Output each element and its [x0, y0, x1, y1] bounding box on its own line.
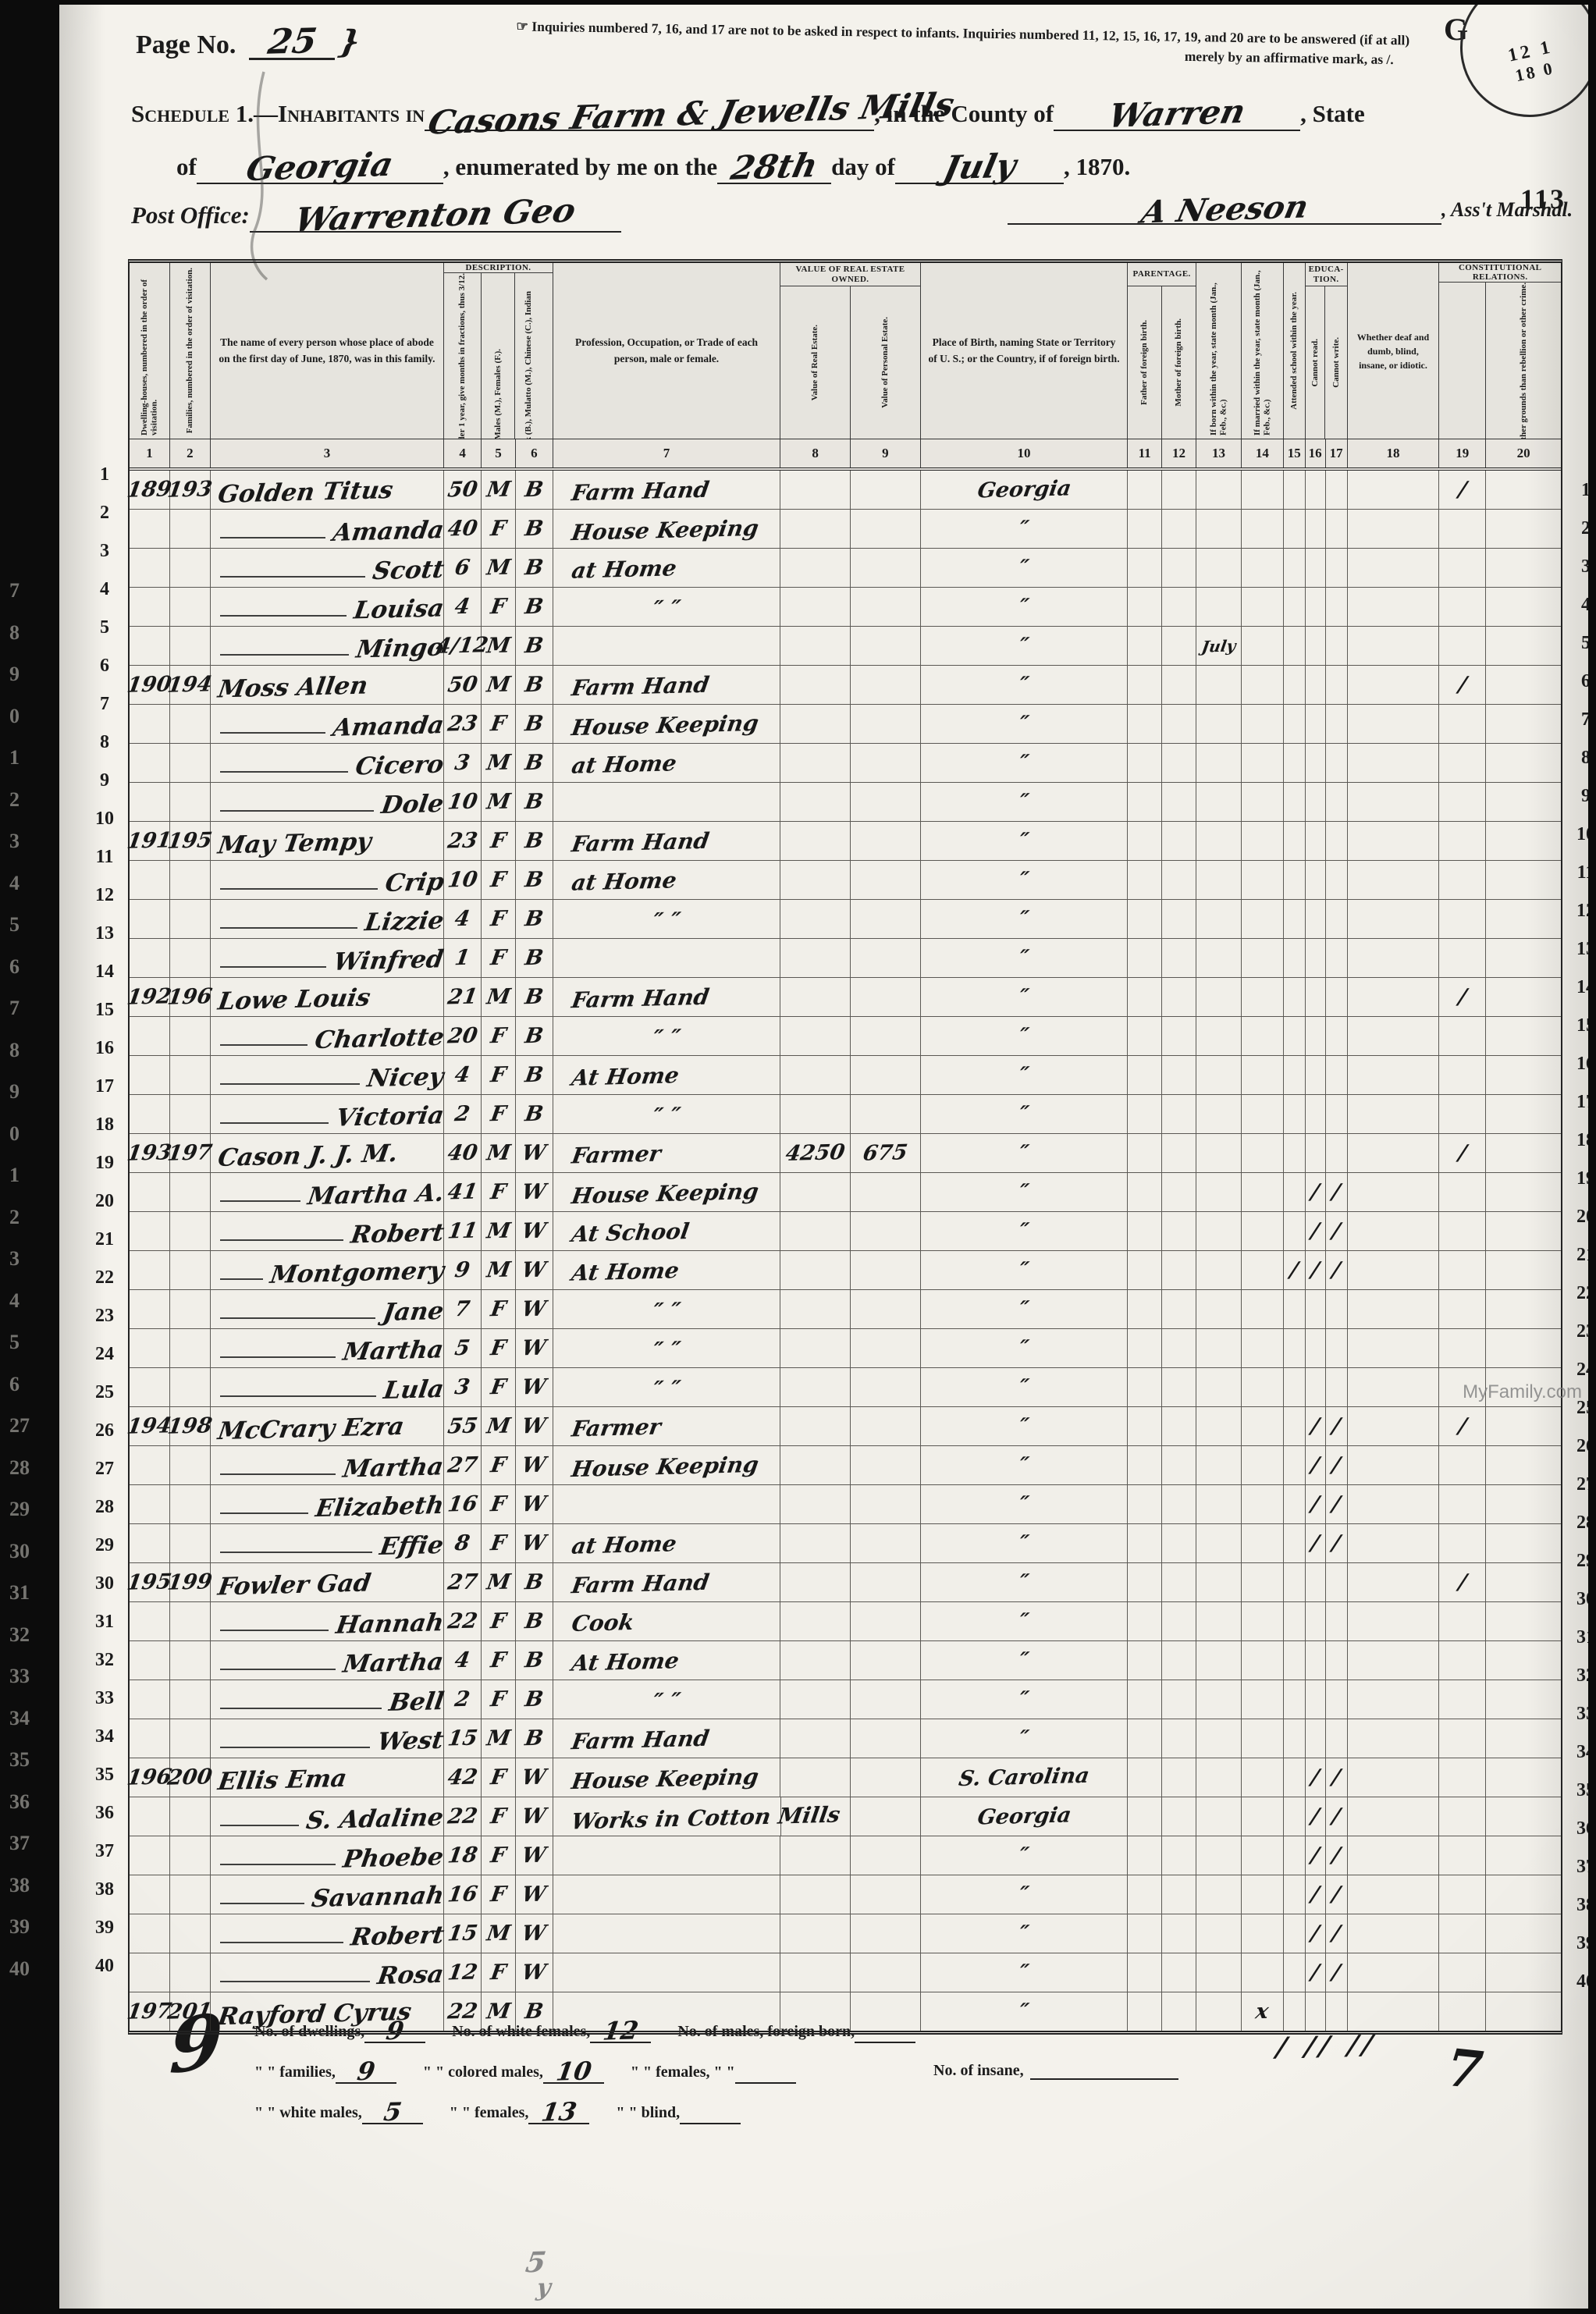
cell-age: 15 [444, 1914, 482, 1953]
cell-c18 [1348, 666, 1440, 704]
cell-c14 [1242, 1758, 1284, 1797]
cell-c19 [1439, 1836, 1486, 1875]
column-number-20: 20 [1486, 439, 1561, 467]
brace-mark: } [337, 23, 363, 61]
cell-c16 [1306, 861, 1326, 899]
cell-value-name: Winfred [332, 945, 446, 976]
column-header-text: Value of Personal Estate. [880, 317, 890, 408]
cell-value-age: 50 [446, 673, 479, 698]
cell-value-born: ″ [1018, 595, 1031, 619]
cell-c11 [1128, 1680, 1162, 1719]
cell-c18 [1348, 1641, 1440, 1680]
cell-c16 [1306, 666, 1326, 704]
cell-c19 [1439, 1485, 1486, 1523]
cell-c18 [1348, 705, 1440, 743]
film-ghost-number: 1 [9, 1164, 20, 1187]
cell-c18 [1348, 1290, 1440, 1328]
cell-pe [851, 471, 921, 509]
line-number-left: 11 [87, 845, 122, 883]
cell-dw [130, 1446, 170, 1484]
cell-value-color: B [524, 1609, 546, 1634]
cell-occ: at Home [553, 549, 780, 587]
cell-age: 4 [444, 1056, 482, 1094]
cell-fam [170, 900, 211, 938]
cell-name: Lizzie [211, 900, 444, 938]
cell-sex: F [482, 705, 516, 743]
cell-c14 [1242, 666, 1284, 704]
line-number-right: 12 [1569, 899, 1588, 937]
cell-value-occ: At Home [570, 1062, 681, 1091]
cell-dw: 189 [130, 471, 170, 509]
cell-c16 [1306, 1134, 1326, 1172]
cell-c13 [1196, 1641, 1242, 1680]
cell-c19 [1439, 1524, 1486, 1562]
table-row: 196200Ellis Ema42FWHouse KeepingS. Carol… [130, 1758, 1561, 1797]
table-row: 197201Rayford Cyrus22MB″x [130, 1992, 1561, 2031]
name-leader-line [220, 809, 374, 812]
cell-value-occ: At Home [570, 1648, 681, 1676]
cell-c19 [1439, 549, 1486, 587]
cell-dw [130, 1914, 170, 1953]
cell-value-born: ″ [1018, 790, 1031, 814]
cell-born: ″ [921, 1095, 1128, 1133]
column-number-15: 15 [1284, 439, 1306, 467]
cell-fam [170, 1446, 211, 1484]
cell-age: 3 [444, 744, 482, 782]
film-ghost-number: 40 [9, 1957, 30, 1981]
cell-color: B [516, 783, 553, 821]
cell-value-c16: / [1310, 1882, 1321, 1907]
line-number-right: 11 [1569, 861, 1588, 899]
cell-sex: F [482, 1875, 516, 1914]
table-header: Dwelling-houses, numbered in the order o… [130, 263, 1561, 439]
cell-c16: / [1306, 1953, 1326, 1992]
cell-born: ″ [921, 1914, 1128, 1953]
name-leader-line [220, 1902, 304, 1904]
cell-name: Moss Allen [211, 666, 444, 704]
cell-c12 [1162, 471, 1196, 509]
cell-c13 [1196, 1173, 1242, 1211]
film-ghost-number: 29 [9, 1498, 30, 1521]
cell-value-color: W [521, 1921, 548, 1946]
cell-value-occ: Farmer [570, 1141, 663, 1169]
cell-color: B [516, 900, 553, 938]
cell-sex: F [482, 1173, 516, 1211]
line-number-right: 18 [1569, 1129, 1588, 1167]
cell-value-sex: M [485, 1258, 512, 1283]
cell-c12 [1162, 1017, 1196, 1055]
cell-name: Lowe Louis [211, 978, 444, 1016]
insane-blank-line [1030, 2078, 1178, 2080]
cell-occ [553, 1992, 780, 2031]
name-leader-line [220, 731, 325, 734]
cell-c16: / [1306, 1485, 1326, 1523]
cell-c12 [1162, 1953, 1196, 1992]
line-number-right: 20 [1569, 1205, 1588, 1243]
column-number-6: 6 [516, 439, 553, 467]
cell-color: W [516, 1329, 553, 1367]
cell-c16: / [1306, 1173, 1326, 1211]
cell-c12 [1162, 1719, 1196, 1758]
cell-occ: ″ ″ [553, 1368, 780, 1406]
cell-re [780, 1329, 851, 1367]
cell-c19 [1439, 1251, 1486, 1289]
cell-occ: ″ ″ [553, 588, 780, 626]
column-number-10: 10 [921, 439, 1128, 467]
table-row: Crip10FBat Home″ [130, 861, 1561, 900]
cell-value-born: ″ [1018, 1492, 1031, 1516]
cell-dw [130, 627, 170, 665]
cell-c20 [1486, 1641, 1561, 1680]
line-number-right: 2 [1569, 517, 1588, 555]
cell-sex: M [482, 627, 516, 665]
cell-name: Scott [211, 549, 444, 587]
cell-c15 [1284, 822, 1306, 860]
cell-pe [851, 783, 921, 821]
column-header-20: Male Citizens of U. S. of 21 years of ag… [1486, 283, 1561, 439]
cell-c13 [1196, 822, 1242, 860]
cell-name: Phoebe [211, 1836, 444, 1875]
year-label: , 1870. [1064, 153, 1130, 184]
cell-pe [851, 1914, 921, 1953]
cell-c11 [1128, 1836, 1162, 1875]
cell-c18 [1348, 1017, 1440, 1055]
cell-sex: F [482, 1680, 516, 1719]
cell-pe [851, 744, 921, 782]
cell-sex: F [482, 588, 516, 626]
cell-value-c19: / [1456, 1414, 1468, 1438]
cell-dw [130, 1212, 170, 1250]
cell-value-sex: F [489, 946, 508, 970]
cell-c14 [1242, 1680, 1284, 1719]
cell-c18 [1348, 1719, 1440, 1758]
cell-c13 [1196, 978, 1242, 1016]
cell-c17 [1326, 666, 1348, 704]
cell-c18 [1348, 1095, 1440, 1133]
column-header-text: Male Citizens of U. S. of 21 years of ag… [1519, 283, 1529, 439]
county-handwriting: Warren [1106, 98, 1247, 130]
cell-name: Martha [211, 1446, 444, 1484]
cell-pe [851, 1017, 921, 1055]
cell-pe [851, 1602, 921, 1640]
cell-c19 [1439, 1875, 1486, 1914]
cell-fam [170, 1914, 211, 1953]
cell-c17 [1326, 939, 1348, 977]
cell-value-c17: / [1331, 1921, 1342, 1946]
cell-value-sex: F [489, 1531, 508, 1555]
cell-value-name: Mingo [354, 633, 446, 663]
instruction-text-1: Inquiries numbered 7, 16, and 17 are not… [531, 19, 959, 41]
cell-value-sex: F [489, 1453, 508, 1477]
cell-age: 23 [444, 705, 482, 743]
cell-re [780, 1485, 851, 1523]
film-ghost-number: 7 [9, 997, 20, 1020]
cell-value-age: 27 [446, 1570, 479, 1595]
cell-name: Mingo [211, 627, 444, 665]
cell-value-occ: at Home [570, 1530, 678, 1559]
cell-c19 [1439, 1446, 1486, 1484]
table-row: S. Adaline22FWWorks in Cotton MillsGeorg… [130, 1797, 1561, 1836]
cell-c17 [1326, 627, 1348, 665]
cell-c20 [1486, 1563, 1561, 1601]
cell-name: Crip [211, 861, 444, 899]
line-number-right: 14 [1569, 976, 1588, 1014]
cell-c18 [1348, 549, 1440, 587]
cell-fam: 198 [170, 1407, 211, 1445]
cell-value-born: ″ [1018, 1960, 1031, 1985]
cell-c16 [1306, 822, 1326, 860]
line-number-left: 12 [87, 883, 122, 922]
cell-value-fam: 194 [166, 672, 214, 697]
cell-c12 [1162, 1056, 1196, 1094]
column-header-3: The name of every person whose place of … [211, 263, 444, 439]
group-caption-constitutional: CONSTITUTIONAL RELATIONS. [1439, 263, 1561, 283]
cell-value-fam: 197 [166, 1140, 214, 1165]
line-number-left: 2 [87, 501, 122, 539]
cell-occ [553, 1953, 780, 1992]
cell-sex: F [482, 1836, 516, 1875]
cell-c20 [1486, 1290, 1561, 1328]
cell-occ: Farm Hand [553, 471, 780, 509]
line-numbers-right: 1234567891011121314151617181920212223242… [1569, 478, 1588, 2008]
cell-value-occ: House Keeping [570, 1452, 760, 1482]
cell-value-sex: M [485, 634, 512, 659]
cell-value-color: B [524, 1687, 546, 1712]
cell-c17 [1326, 1602, 1348, 1640]
cell-value-occ: Farm Hand [570, 1726, 711, 1755]
cell-c14 [1242, 1173, 1284, 1211]
cell-c17: / [1326, 1251, 1348, 1289]
cell-value-c17: / [1331, 1531, 1342, 1555]
cell-value-name: Elizabeth [314, 1491, 446, 1522]
film-ghost-number: 9 [9, 1080, 20, 1104]
table-row: Martha27FWHouse Keeping″// [130, 1446, 1561, 1485]
cell-value-c16: / [1310, 1453, 1321, 1477]
cell-dw [130, 1485, 170, 1523]
cell-c14 [1242, 588, 1284, 626]
cell-born: ″ [921, 1680, 1128, 1719]
cell-pe [851, 1836, 921, 1875]
table-row: Bell2FB″ ″″ [130, 1680, 1561, 1719]
cell-born: Georgia [921, 471, 1128, 509]
cell-fam [170, 1797, 211, 1836]
table-row: 191195May Tempy23FBFarm Hand″ [130, 822, 1561, 861]
cell-age: 21 [444, 978, 482, 1016]
cell-born: ″ [921, 1407, 1128, 1445]
cell-c13 [1196, 705, 1242, 743]
cell-dw [130, 1524, 170, 1562]
cell-sex: F [482, 1368, 516, 1406]
cell-c14 [1242, 1368, 1284, 1406]
cell-c17 [1326, 510, 1348, 548]
tally-label: " " colored males, [423, 2063, 543, 2084]
cell-dw: 190 [130, 666, 170, 704]
cell-c16 [1306, 549, 1326, 587]
cell-value-sex: F [489, 1063, 508, 1087]
cell-c12 [1162, 1641, 1196, 1680]
name-leader-line [220, 1824, 300, 1826]
cell-name: Dole [211, 783, 444, 821]
cell-dw [130, 1368, 170, 1406]
cell-c11 [1128, 549, 1162, 587]
cell-c17 [1326, 978, 1348, 1016]
line-number-left: 32 [87, 1648, 122, 1687]
line-number-right: 19 [1569, 1167, 1588, 1205]
cell-value-occ: Cook [570, 1609, 635, 1637]
cell-occ [553, 1875, 780, 1914]
column-header-text: Color.—White (W.), Black (B.), Mulatto (… [524, 279, 543, 439]
cell-c20 [1486, 1875, 1561, 1914]
cell-value-age: 16 [446, 1492, 478, 1517]
cell-c14 [1242, 939, 1284, 977]
line-number-right: 30 [1569, 1587, 1588, 1626]
line-number-right: 13 [1569, 937, 1588, 976]
cell-re [780, 1095, 851, 1133]
cell-color: W [516, 1485, 553, 1523]
cell-dw [130, 1641, 170, 1680]
line-number-right: 15 [1569, 1014, 1588, 1052]
cell-c11 [1128, 1797, 1162, 1836]
cell-value-color: B [524, 1570, 546, 1595]
cell-pe [851, 1290, 921, 1328]
insane-tally: No. of insane, [933, 2062, 1178, 2080]
cell-dw [130, 1173, 170, 1211]
cell-c19: / [1439, 978, 1486, 1016]
cell-value-c17: / [1331, 1765, 1342, 1790]
column-number-2: 2 [170, 439, 211, 467]
cell-value-c17: / [1331, 1414, 1342, 1438]
cell-c14 [1242, 744, 1284, 782]
table-row: Victoria2FB″ ″″ [130, 1095, 1561, 1134]
cell-pe [851, 1173, 921, 1211]
watermark: MyFamily.com [1463, 1381, 1582, 1403]
cell-value-occ: at Home [570, 750, 678, 778]
cell-dw [130, 861, 170, 899]
cell-color: B [516, 588, 553, 626]
cell-fam [170, 1875, 211, 1914]
cell-c19 [1439, 1056, 1486, 1094]
cell-c11 [1128, 1719, 1162, 1758]
tally-label: " " white males, [254, 2104, 362, 2124]
cell-born: ″ [921, 1134, 1128, 1172]
cell-c13 [1196, 1953, 1242, 1992]
cell-c19 [1439, 1992, 1486, 2031]
cell-value-sex: M [485, 790, 512, 815]
cell-c15 [1284, 1485, 1306, 1523]
column-number-12: 12 [1162, 439, 1196, 467]
cell-value-name: Hannah [334, 1608, 446, 1640]
cell-color: B [516, 1680, 553, 1719]
cell-value-color: B [524, 634, 546, 659]
page-stamp-113: 113 [1520, 183, 1566, 215]
cell-fam [170, 1251, 211, 1289]
cell-occ: At Home [553, 1641, 780, 1680]
line-number-right: 10 [1569, 823, 1588, 861]
cell-value-c16: / [1310, 1414, 1321, 1438]
line-number-left: 15 [87, 998, 122, 1036]
cell-c18 [1348, 1797, 1440, 1836]
cell-value-name: Savannah [310, 1881, 446, 1912]
cell-age: 23 [444, 822, 482, 860]
cell-dw [130, 1875, 170, 1914]
cell-value-occ: Farm Hand [570, 984, 711, 1014]
cell-c18 [1348, 510, 1440, 548]
cell-value-occ: ″ ″ [651, 595, 682, 622]
name-leader-line [220, 770, 348, 773]
cell-occ: House Keeping [553, 1758, 780, 1797]
cell-value-age: 5 [453, 1336, 472, 1360]
cell-value-age: 12 [446, 1960, 478, 1985]
name-leader-line [220, 926, 357, 929]
cell-name: Robert [211, 1212, 444, 1250]
line-number-left: 9 [87, 769, 122, 807]
cell-c12 [1162, 1524, 1196, 1562]
cell-value-age: 22 [446, 1804, 478, 1829]
film-ghost-number: 7 [9, 579, 20, 602]
cell-value-c16: / [1310, 1804, 1321, 1829]
cell-value-sex: M [485, 1414, 512, 1439]
cell-value-occ: Farmer [570, 1414, 663, 1442]
cell-c17 [1326, 1056, 1348, 1094]
cell-c20 [1486, 900, 1561, 938]
cell-age: 22 [444, 1797, 482, 1836]
cell-c12 [1162, 1914, 1196, 1953]
cell-c19 [1439, 588, 1486, 626]
cell-c15 [1284, 1329, 1306, 1367]
column-header-18: Whether deaf and dumb, blind, insane, or… [1348, 263, 1440, 439]
cell-c11 [1128, 1641, 1162, 1680]
cell-value-c17: / [1331, 1258, 1342, 1282]
cell-value-age: 15 [446, 1726, 478, 1751]
line-number-left: 19 [87, 1151, 122, 1189]
census-page: Page No. 25 } ☞ Inquiries numbered 7, 16… [59, 5, 1588, 2309]
tally-value-line: 5 [362, 2103, 423, 2124]
group-caption-education: EDUCA-TION. [1306, 263, 1347, 286]
cell-value-sex: F [489, 1492, 508, 1516]
cell-c17: / [1326, 1173, 1348, 1211]
tally-value: 10 [555, 2062, 593, 2083]
cell-re [780, 588, 851, 626]
cell-age: 4 [444, 588, 482, 626]
cell-occ: Farm Hand [553, 1563, 780, 1601]
name-leader-line [220, 1512, 308, 1514]
cell-c14 [1242, 471, 1284, 509]
cell-re [780, 1875, 851, 1914]
cell-c12 [1162, 549, 1196, 587]
cell-c17 [1326, 1017, 1348, 1055]
name-leader-line [220, 614, 347, 617]
cell-c19 [1439, 1212, 1486, 1250]
cell-name: Effie [211, 1524, 444, 1562]
cell-age: 15 [444, 1719, 482, 1758]
column-number-4: 4 [444, 439, 482, 467]
cell-born: ″ [921, 549, 1128, 587]
line-number-right: 8 [1569, 746, 1588, 784]
of-label: of [176, 153, 197, 184]
cell-c16 [1306, 744, 1326, 782]
cell-value-color: W [521, 1258, 548, 1283]
cell-re [780, 549, 851, 587]
cell-color: W [516, 1290, 553, 1328]
cell-color: W [516, 1914, 553, 1953]
schedule-title-line: Schedule 1.—Inhabitants in Casons Farm &… [131, 100, 1365, 131]
cell-fam [170, 744, 211, 782]
film-ghost-number: 31 [9, 1581, 30, 1605]
cell-born: ″ [921, 1017, 1128, 1055]
cell-pe [851, 627, 921, 665]
line-numbers-left: 1234567891011121314151617181920212223242… [87, 463, 122, 1992]
cell-value-color: B [524, 517, 546, 542]
